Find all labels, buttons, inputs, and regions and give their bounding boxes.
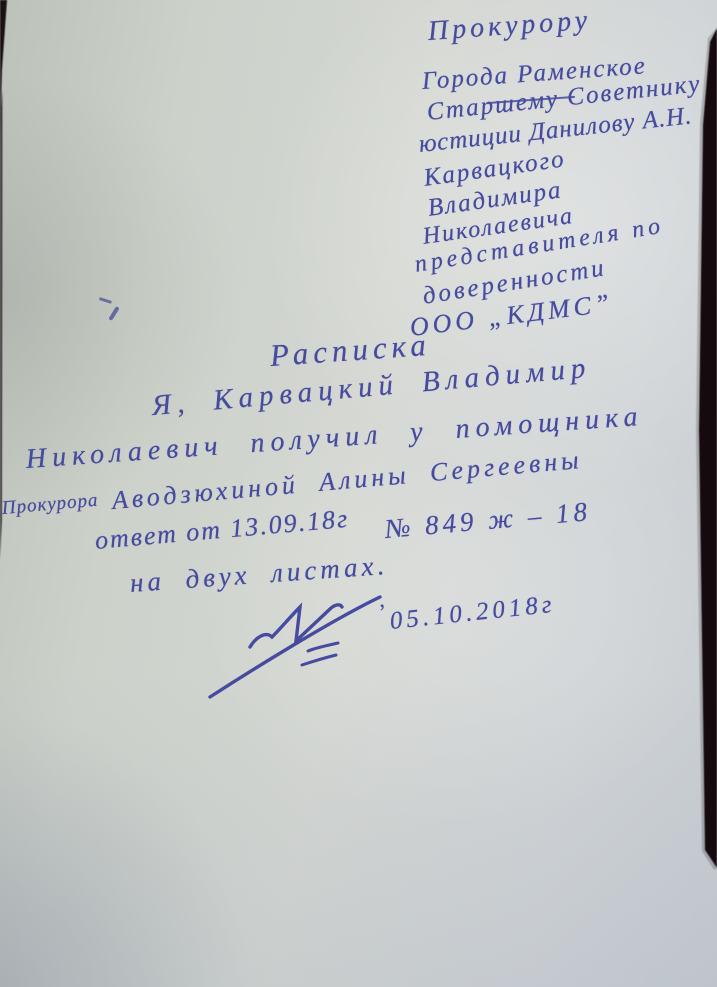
stray-ink-mark bbox=[108, 306, 119, 321]
reference-number: № 849 ж – 18 bbox=[384, 496, 592, 545]
signature bbox=[222, 585, 397, 685]
body-line-prefix: Прокурора bbox=[1, 490, 99, 520]
recipient-line: Прокурору bbox=[427, 5, 592, 48]
document-date: 05.10.2018г bbox=[389, 591, 557, 636]
stray-ink-mark bbox=[99, 297, 112, 303]
photographed-document: Прокурору Города Раменское Старшему Сове… bbox=[0, 0, 717, 987]
